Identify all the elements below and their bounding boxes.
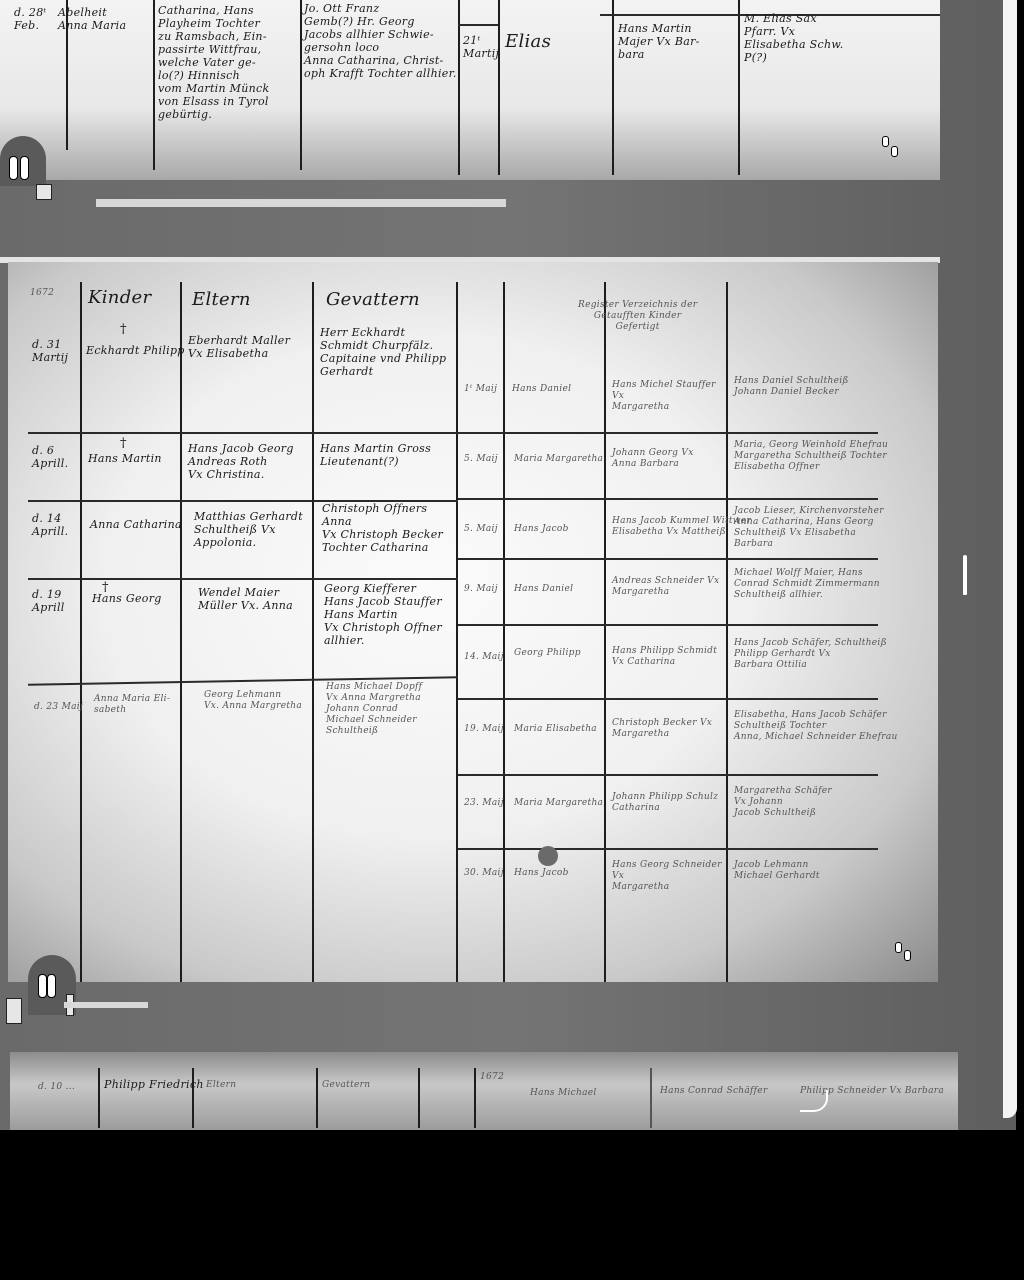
- film-tab: [6, 998, 22, 1024]
- row-godparents: Christoph Offners Anna Vx Christoph Beck…: [322, 502, 443, 554]
- right-row-date: 1ᵗ Maij: [464, 384, 497, 395]
- row-parents: Wendel Maier Müller Vx. Anna: [198, 586, 293, 612]
- right-row-date: 14. Maij: [464, 652, 504, 663]
- row-parents: Georg Lehmann Vx. Anna Margretha: [204, 690, 302, 712]
- right-row-date: 9. Maij: [464, 584, 498, 595]
- right-row-parents: Andreas Schneider Vx Margaretha: [612, 576, 719, 598]
- row-parents: Hans Jacob Georg Andreas Roth Vx Christi…: [188, 442, 294, 481]
- entry-child: Abelheit Anna Maria: [58, 6, 126, 32]
- right-row-godparents: Margaretha Schäfer Vx Johann Jacob Schul…: [734, 786, 832, 819]
- entry-godparents: M. Elias Sax Pfarr. Vx Elisabetha Schw. …: [744, 12, 844, 64]
- row-child: Anna Maria Eli- sabeth: [94, 694, 170, 716]
- row-parents: Matthias Gerhardt Schultheiß Vx Appoloni…: [194, 510, 303, 549]
- entry-date: d. 28ᵗ Feb.: [14, 6, 47, 32]
- header-parents: Eltern: [192, 290, 251, 310]
- row-date: d. 14 Aprill.: [32, 512, 68, 538]
- entry-parents: Hans Martin Majer Vx Bar- bara: [618, 22, 700, 61]
- film-mark: [891, 146, 898, 157]
- entry-godparents: Gevattern: [322, 1080, 370, 1091]
- row-date: d. 19 Aprill: [32, 588, 65, 614]
- deceased-cross-icon: †: [120, 322, 127, 337]
- right-row-child: Hans Jacob: [514, 868, 569, 879]
- right-row-child: Hans Jacob: [514, 524, 569, 535]
- entry-child: Philipp Friedrich: [104, 1078, 204, 1091]
- entry-child: Elias: [505, 32, 551, 52]
- right-row-date: 5. Maij: [464, 454, 498, 465]
- row-child: Hans Martin: [88, 452, 162, 465]
- right-row-parents: Hans Philipp Schmidt Vx Catharina: [612, 646, 717, 668]
- scanner-background: [0, 1130, 1024, 1280]
- right-row-godparents: Jacob Lehmann Michael Gerhardt: [734, 860, 820, 882]
- header-year: 1672: [30, 288, 54, 299]
- entry-date: d. 10 ...: [38, 1082, 75, 1093]
- film-divider: [96, 199, 506, 207]
- right-row-date: 19. Maij: [464, 724, 504, 735]
- entry-parents: Hans Conrad Schäffer: [660, 1086, 768, 1097]
- film-mark: [895, 942, 902, 953]
- row-parents: Eberhardt Maller Vx Elisabetha: [188, 334, 290, 360]
- entry-date: 21ᵗ Martij: [463, 34, 499, 60]
- entry-parents: Eltern: [206, 1080, 236, 1091]
- right-row-godparents: Hans Jacob Schäfer, Schultheiß Philipp G…: [734, 638, 887, 671]
- right-row-child: Hans Daniel: [512, 384, 571, 395]
- row-godparents: Hans Michael Dopff Vx Anna Margretha Joh…: [326, 682, 422, 737]
- register-frame-main: 1672 Kinder Eltern Gevattern Register Ve…: [8, 262, 938, 982]
- film-scratch: [963, 555, 967, 595]
- right-row-godparents: Elisabetha, Hans Jacob Schäfer Schulthei…: [734, 710, 898, 743]
- film-divider: [64, 1002, 148, 1008]
- right-row-parents: Hans Michel Stauffer Vx Margaretha: [612, 380, 716, 413]
- film-mark: [38, 974, 47, 998]
- ink-stain: [538, 846, 558, 866]
- right-row-parents: Hans Georg Schneider Vx Margaretha: [612, 860, 722, 893]
- row-child: Anna Catharina: [90, 518, 182, 531]
- entry-date: 1672: [480, 1072, 504, 1083]
- right-row-child: Maria Margaretha: [514, 798, 603, 809]
- right-row-child: Hans Daniel: [514, 584, 573, 595]
- row-godparents: Herr Eckhardt Schmidt Churpfälz. Capitai…: [320, 326, 446, 378]
- row-child: Eckhardt Philipp: [86, 344, 185, 357]
- right-row-parents: Christoph Becker Vx Margaretha: [612, 718, 712, 740]
- film-mark: [904, 950, 911, 961]
- right-row-child: Maria Margaretha: [514, 454, 603, 465]
- right-row-date: 23. Maij: [464, 798, 504, 809]
- entry-godparents: Jo. Ott Franz Gemb(?) Hr. Georg Jacobs a…: [304, 2, 457, 80]
- right-row-godparents: Jacob Lieser, Kirchenvorsteher Anna Cath…: [734, 506, 884, 550]
- right-row-date: 30. Maij: [464, 868, 504, 879]
- right-row-godparents: Michael Wolff Maier, Hans Conrad Schmidt…: [734, 568, 880, 601]
- film-mark: [882, 136, 889, 147]
- film-edge: [1003, 0, 1017, 1118]
- right-row-parents: Hans Jacob Kummel Wittwer Elisabetha Vx …: [612, 516, 751, 538]
- right-row-date: 5. Maij: [464, 524, 498, 535]
- register-frame-top: d. 28ᵗ Feb. Abelheit Anna Maria Catharin…: [0, 0, 940, 180]
- row-godparents: Hans Martin Gross Lieutenant(?): [320, 442, 431, 468]
- row-date: d. 6 Aprill.: [32, 444, 68, 470]
- right-row-child: Georg Philipp: [514, 648, 581, 659]
- right-row-godparents: Maria, Georg Weinhold Ehefrau Margaretha…: [734, 440, 888, 473]
- header-godparents: Gevattern: [326, 290, 420, 310]
- row-date: d. 23 Maij: [34, 702, 83, 713]
- entry-child: Hans Michael: [530, 1088, 597, 1099]
- film-mark: [9, 156, 18, 180]
- row-date: d. 31 Martij: [32, 338, 68, 364]
- header-children: Kinder: [88, 288, 151, 308]
- film-mark: [47, 974, 56, 998]
- right-page-header: Register Verzeichnis der Getaufften Kind…: [578, 300, 697, 333]
- entry-parents: Catharina, Hans Playheim Tochter zu Rams…: [158, 4, 269, 121]
- deceased-cross-icon: †: [120, 436, 127, 451]
- right-row-child: Maria Elisabetha: [514, 724, 597, 735]
- row-child: Hans Georg: [92, 592, 162, 605]
- right-row-parents: Johann Georg Vx Anna Barbara: [612, 448, 694, 470]
- row-godparents: Georg Kiefferer Hans Jacob Stauffer Hans…: [324, 582, 442, 647]
- right-row-godparents: Hans Daniel Schultheiß Johann Daniel Bec…: [734, 376, 849, 398]
- film-tab: [36, 184, 52, 200]
- film-mark: [20, 156, 29, 180]
- right-row-parents: Johann Philipp Schulz Catharina: [612, 792, 718, 814]
